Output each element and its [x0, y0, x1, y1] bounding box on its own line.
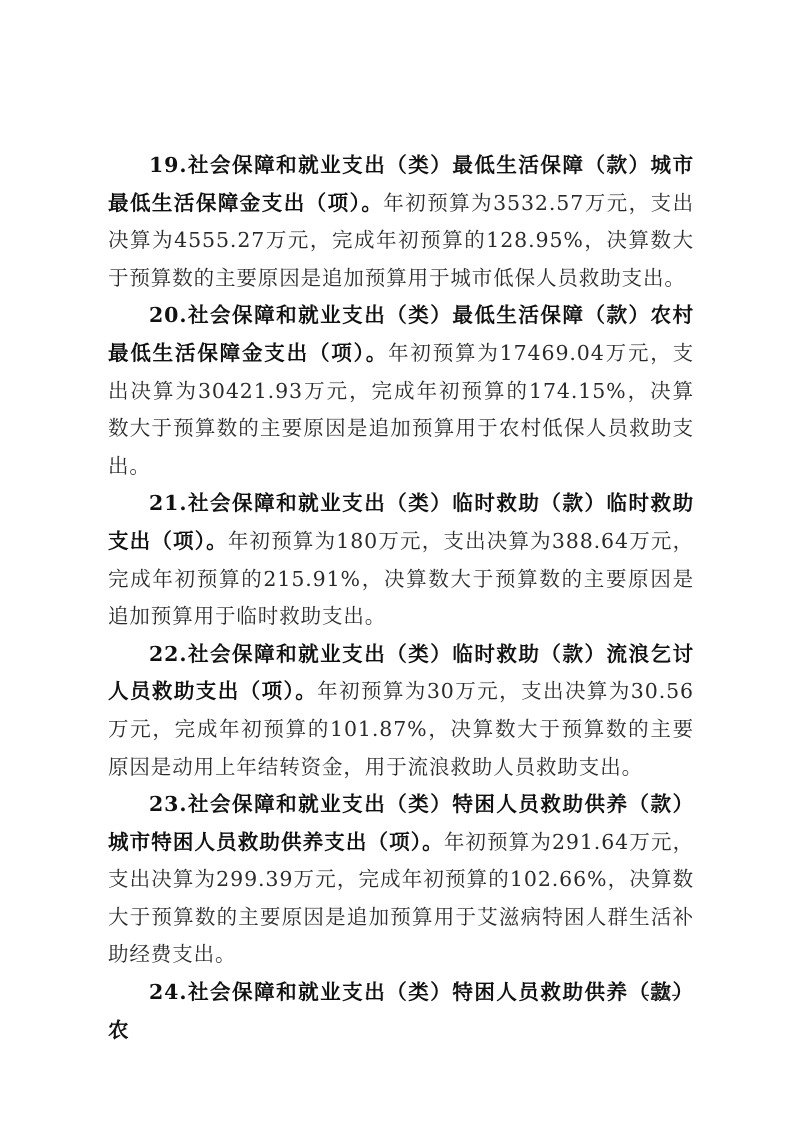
paragraph-21: 21.社会保障和就业支出（类）临时救助（款）临时救助支出（项）。年初预算为180…	[108, 485, 694, 635]
page-number: -22-	[644, 985, 677, 1005]
paragraph-24: 24.社会保障和就业支出（类）特困人员救助供养（款）农	[108, 974, 694, 1049]
paragraph-heading: 24.社会保障和就业支出（类）特困人员救助供养（款）农	[108, 980, 694, 1042]
paragraph-22: 22.社会保障和就业支出（类）临时救助（款）流浪乞讨人员救助支出（项）。年初预算…	[108, 636, 694, 786]
paragraph-23: 23.社会保障和就业支出（类）特困人员救助供养（款）城市特困人员救助供养支出（项…	[108, 786, 694, 974]
document-page: 19.社会保障和就业支出（类）最低生活保障（款）城市最低生活保障金支出（项）。年…	[108, 147, 694, 1049]
paragraph-20: 20.社会保障和就业支出（类）最低生活保障（款）农村最低生活保障金支出（项）。年…	[108, 297, 694, 485]
paragraph-19: 19.社会保障和就业支出（类）最低生活保障（款）城市最低生活保障金支出（项）。年…	[108, 147, 694, 297]
